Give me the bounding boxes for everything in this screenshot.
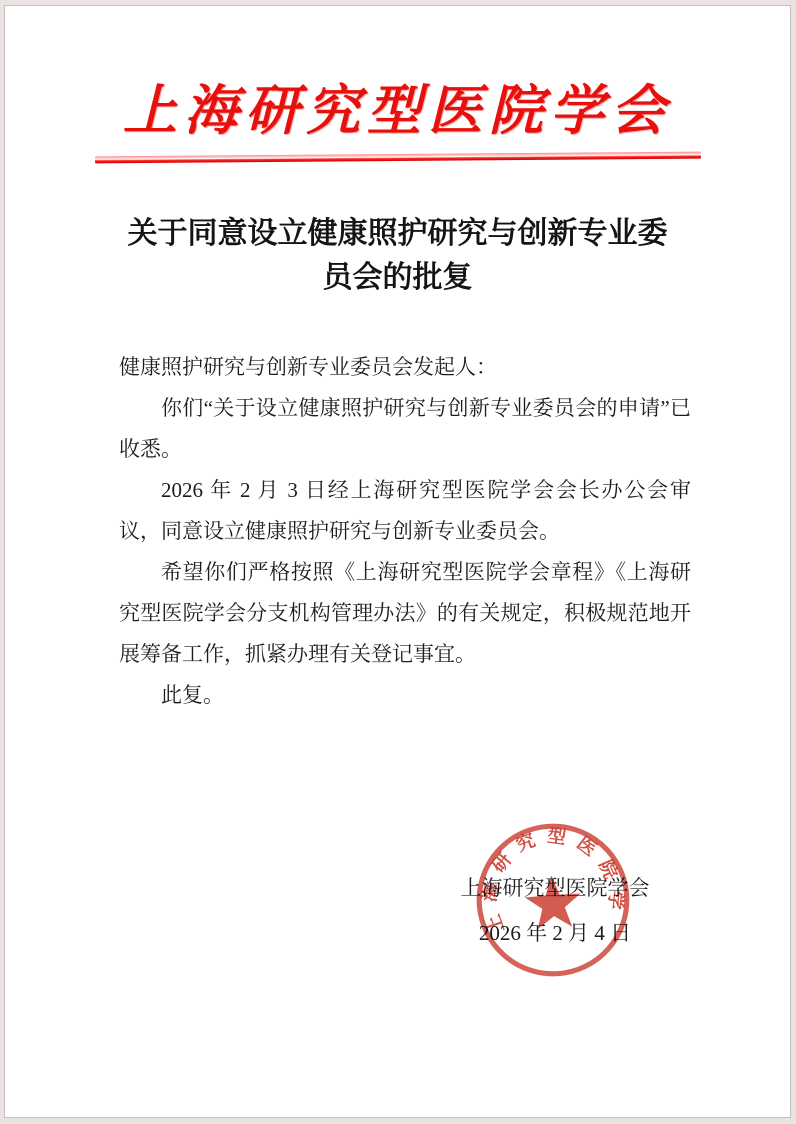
letterhead-title: 上海研究型医院学会	[5, 68, 790, 145]
signature-block: 上海研究型医院学会 2026 年 2 月 4 日	[433, 866, 677, 956]
letterhead-divider	[95, 152, 701, 164]
paragraph: 希望你们严格按照《上海研究型医院学会章程》《上海研究型医院学会分支机构管理办法》…	[119, 552, 691, 675]
paragraph: 此复。	[119, 675, 691, 716]
paragraph: 你们“关于设立健康照护研究与创新专业委员会的申请”已收悉。	[119, 388, 691, 470]
document-title: 关于同意设立健康照护研究与创新专业委 员会的批复	[5, 212, 790, 300]
paragraph: 2026 年 2 月 3 日经上海研究型医院学会会长办公会审议，同意设立健康照护…	[119, 470, 691, 552]
document-title-line2: 员会的批复	[5, 256, 790, 300]
document-page: 上海研究型医院学会 关于同意设立健康照护研究与创新专业委 员会的批复 健康照护研…	[4, 5, 791, 1118]
document-body: 健康照护研究与创新专业委员会发起人： 你们“关于设立健康照护研究与创新专业委员会…	[119, 347, 691, 716]
signature-org-name: 上海研究型医院学会	[433, 866, 677, 911]
document-title-line1: 关于同意设立健康照护研究与创新专业委	[5, 212, 790, 256]
signature-date: 2026 年 2 月 4 日	[433, 911, 677, 956]
salutation: 健康照护研究与创新专业委员会发起人：	[119, 347, 691, 388]
